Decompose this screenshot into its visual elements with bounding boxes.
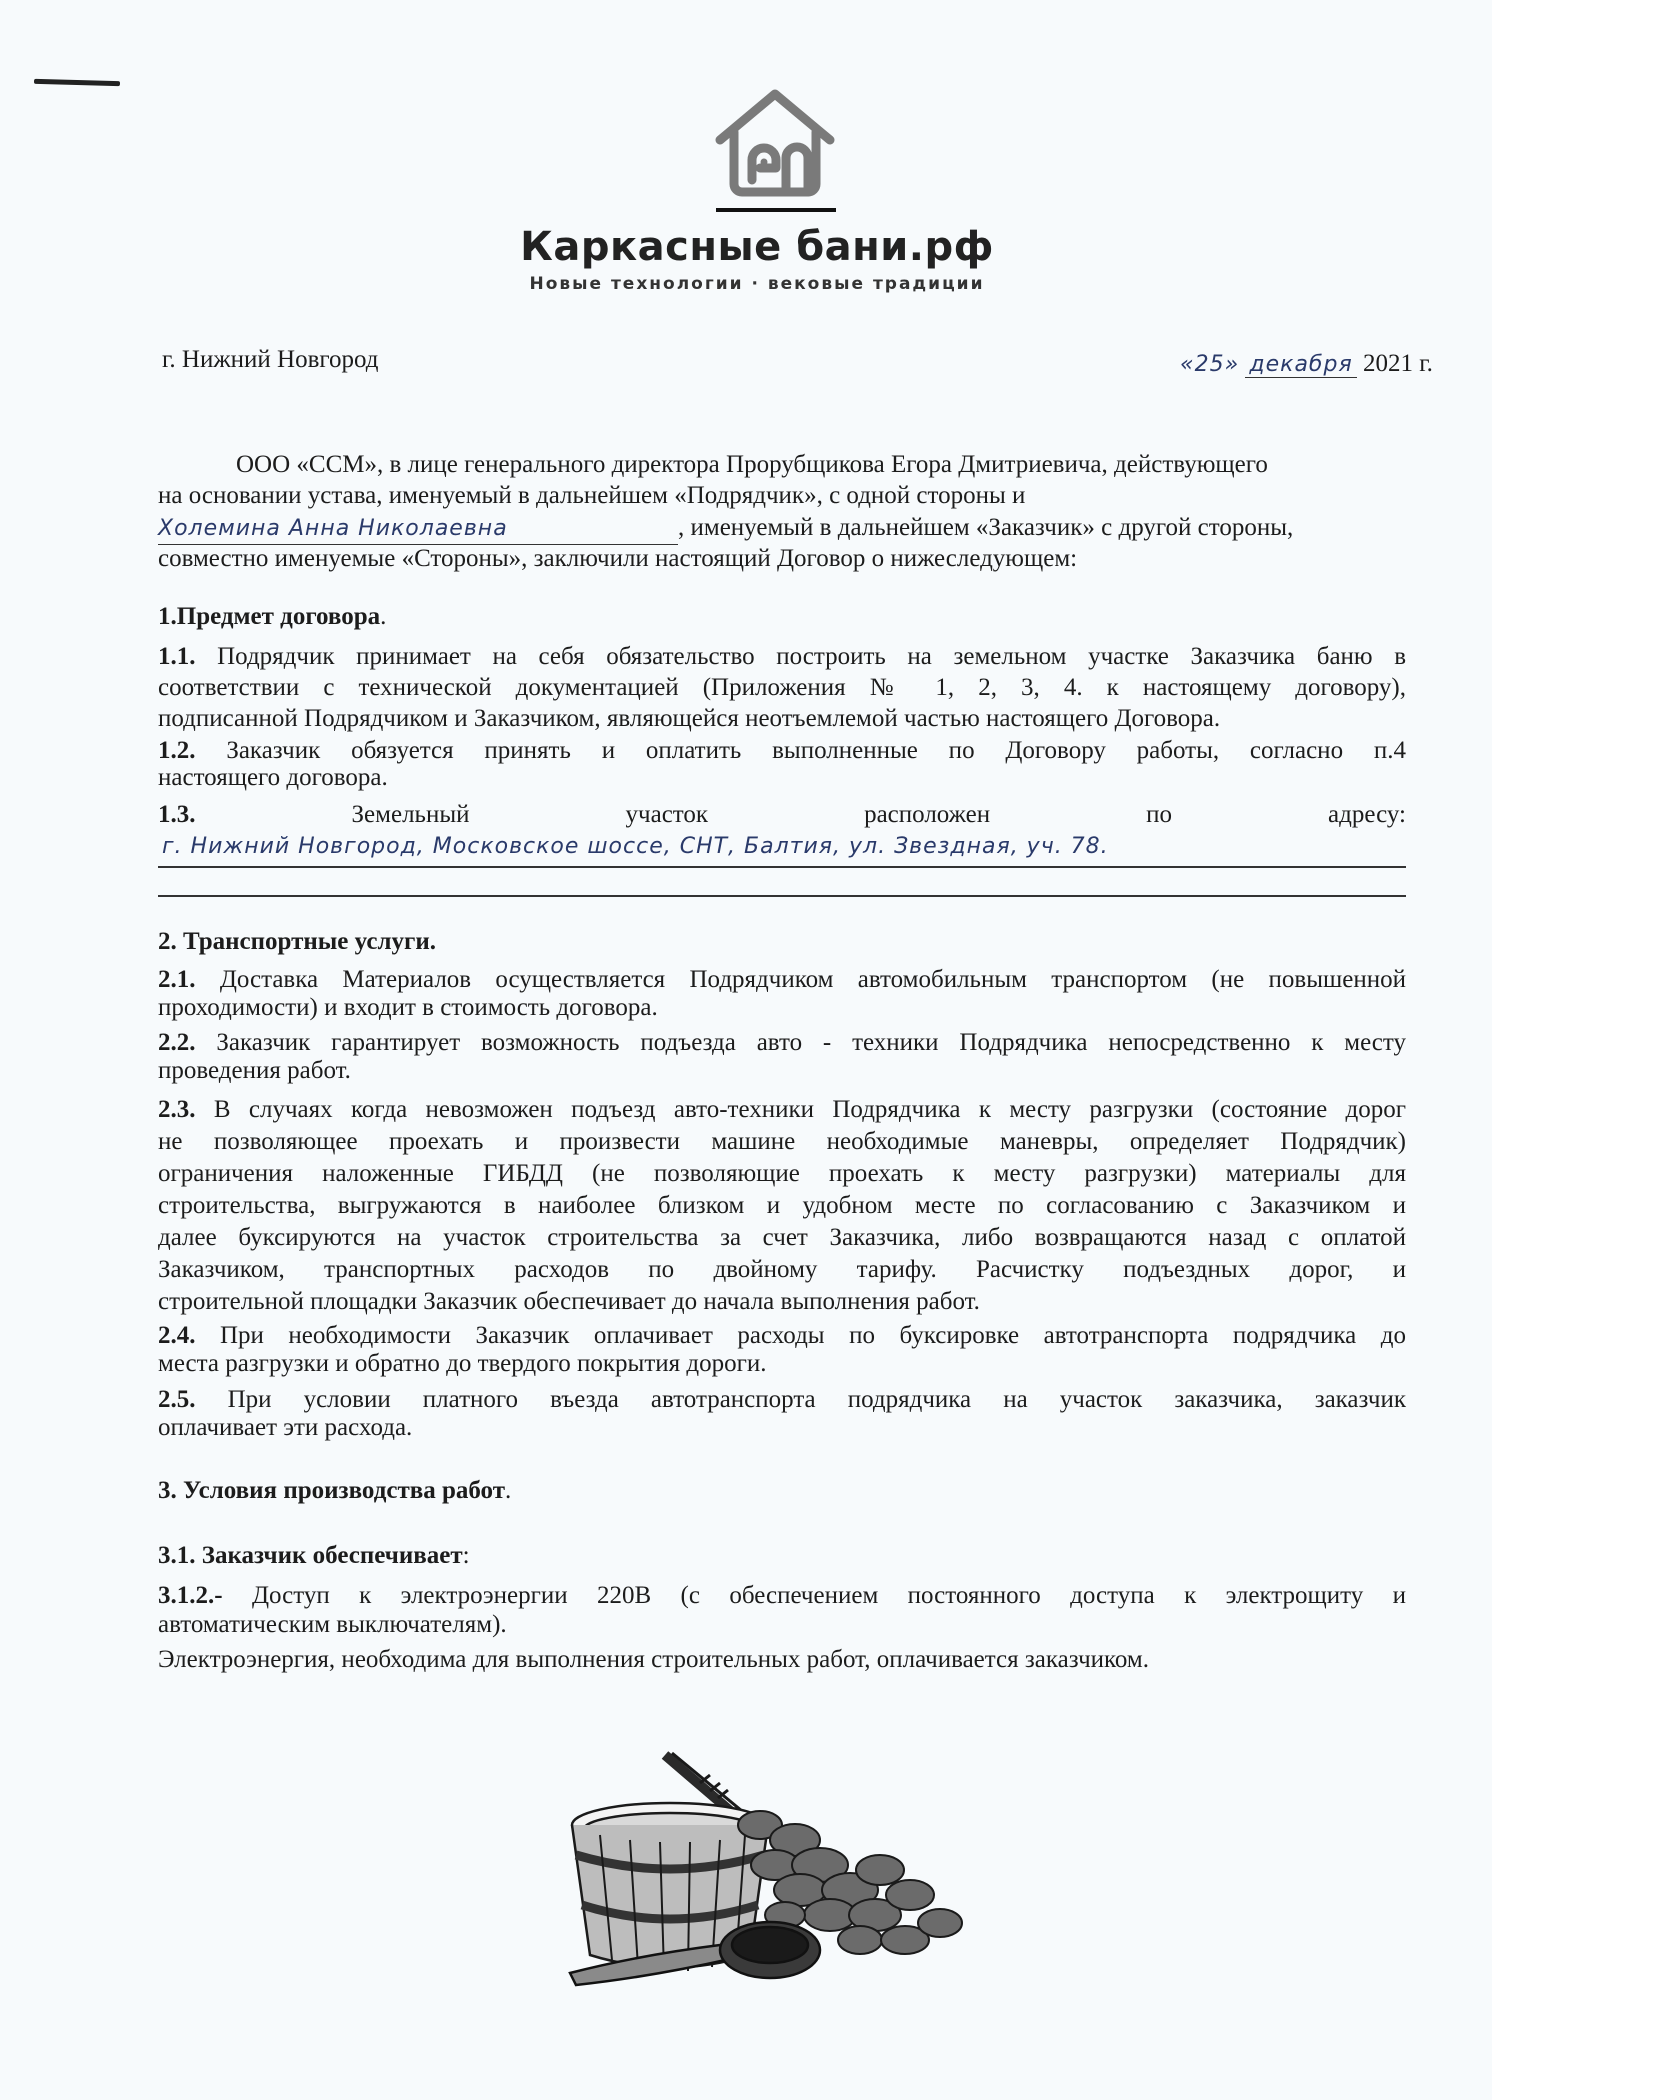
- clause-1-2-line-2: настоящего договора.: [158, 763, 1406, 793]
- brand-name: Каркасные бани.рф: [520, 224, 994, 270]
- intro-line-2: на основании устава, именуемый в дальней…: [158, 481, 1406, 511]
- date-day-handwritten: 25: [1195, 352, 1225, 377]
- date-month-handwritten: декабря: [1245, 352, 1356, 378]
- clause-2-3-line-4: строительства, выгружаются в наиболее бл…: [158, 1191, 1406, 1221]
- clause-1-1-line-2: соответствии с технической документацией…: [158, 673, 1406, 703]
- address-underline-2: [158, 895, 1406, 897]
- address-underline-1: [158, 866, 1406, 868]
- house-icon: [712, 88, 838, 200]
- clause-1-3-line-1: 1.3. Земельный участок расположен по адр…: [158, 800, 1406, 830]
- clause-1-1-line-1: 1.1. Подрядчик принимает на себя обязате…: [158, 642, 1406, 672]
- intro-line-1: ООО «ССМ», в лице генерального директора…: [236, 450, 1406, 480]
- clause-2-3-line-2: не позволяющее проехать и произвести маш…: [158, 1127, 1406, 1157]
- clause-2-5-line-1: 2.5. При условии платного въезда автотра…: [158, 1385, 1406, 1415]
- section-2-heading: 2. Транспортные услуги.: [158, 927, 1406, 957]
- contract-date: «25» декабря 2021 г.: [1180, 350, 1433, 378]
- contract-city: г. Нижний Новгород: [162, 346, 379, 374]
- clause-3-1-heading: 3.1. Заказчик обеспечивает:: [158, 1541, 1406, 1571]
- clause-2-5-line-2: оплачивает эти расхода.: [158, 1413, 1406, 1443]
- clause-2-3-line-7: строительной площадки Заказчик обеспечив…: [158, 1287, 1406, 1317]
- clause-3-1-2-line-1: 3.1.2.- Доступ к электроэнергии 220В (с …: [158, 1581, 1406, 1611]
- electricity-note: Электроэнергия, необходима для выполнени…: [158, 1645, 1406, 1675]
- land-address-handwritten: г. Нижний Новгород, Московское шоссе, СН…: [162, 832, 1410, 862]
- logo-underline: [716, 208, 836, 212]
- clause-2-4-line-2: места разгрузки и обратно до твердого по…: [158, 1349, 1406, 1379]
- bath-bucket-broom-ladle-icon: [560, 1745, 990, 1990]
- clause-3-1-2-line-2: автоматическим выключателям).: [158, 1610, 1406, 1640]
- customer-name-handwritten: Холемина Анна Николаевна: [158, 514, 678, 545]
- clause-2-3-line-6: Заказчиком, транспортных расходов по дво…: [158, 1255, 1406, 1285]
- section-1-heading: 1.Предмет договора.: [158, 602, 1406, 632]
- clause-2-3-line-5: далее буксируются на участок строительст…: [158, 1223, 1406, 1253]
- clause-1-2-line-1: 1.2. Заказчик обязуется принять и оплати…: [158, 736, 1406, 766]
- clause-2-3-line-3: ограничения наложенные ГИБДД (не позволя…: [158, 1159, 1406, 1189]
- clause-2-4-line-1: 2.4. При необходимости Заказчик оплачива…: [158, 1321, 1406, 1351]
- clause-1-1-line-3: подписанной Подрядчиком и Заказчиком, яв…: [158, 704, 1406, 734]
- section-3-heading: 3. Условия производства работ.: [158, 1476, 1406, 1506]
- intro-line-4: совместно именуемые «Стороны», заключили…: [158, 544, 1406, 574]
- scanned-document-page: Каркасные бани.рф Новые технологии · век…: [0, 0, 1492, 2100]
- date-year: 2021 г.: [1363, 350, 1433, 377]
- clause-2-3-line-1: 2.3. В случаях когда невозможен подъезд …: [158, 1095, 1406, 1125]
- intro-line-3: Холемина Анна Николаевна, именуемый в да…: [158, 513, 1406, 545]
- clause-2-1-line-1: 2.1. Доставка Материалов осуществляется …: [158, 965, 1406, 995]
- clause-2-2-line-1: 2.2. Заказчик гарантирует возможность по…: [158, 1028, 1406, 1058]
- stray-pen-mark: [34, 79, 120, 86]
- brand-tagline: Новые технологии · вековые традиции: [529, 274, 984, 294]
- clause-2-2-line-2: проведения работ.: [158, 1056, 1406, 1086]
- clause-2-1-line-2: проходимости) и входит в стоимость догов…: [158, 993, 1406, 1023]
